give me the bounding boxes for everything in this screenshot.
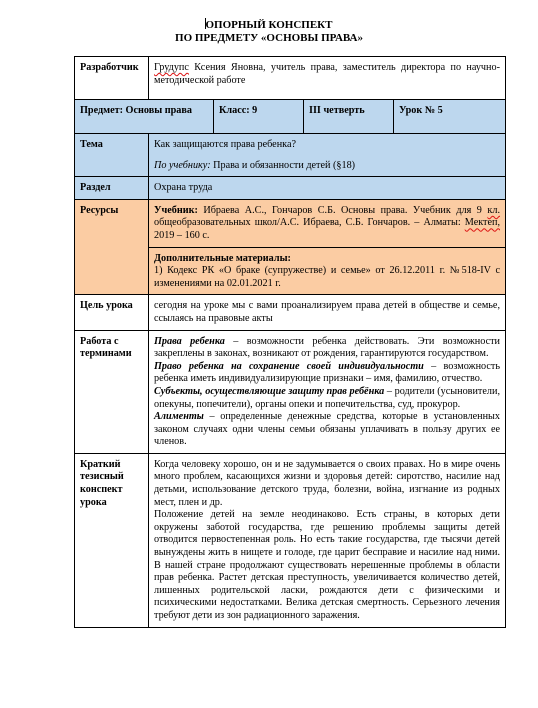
terms-value: Права ребенка – возможности ребенка дейс… <box>149 330 506 453</box>
resources-value: Учебник: Ибраева А.С., Гончаров С.Б. Осн… <box>149 199 506 295</box>
term-item: Алименты – определенные денежные средств… <box>154 411 500 449</box>
developer-surname[interactable]: Грудупс <box>154 62 189 73</box>
developer-label: Разработчик <box>75 57 149 100</box>
developer-value: Грудупс Ксения Яновна, учитель права, за… <box>149 57 506 100</box>
topic-label: Тема <box>75 134 149 177</box>
quarter-cell: III четверть <box>304 100 394 134</box>
subject-row: Предмет: Основы права Класс: 9 III четве… <box>75 100 506 134</box>
term-item: Право ребенка на сохранение своей индиви… <box>154 361 500 386</box>
section-row: Раздел Охрана труда <box>75 177 506 200</box>
summary-paragraph: Когда человеку хорошо, он и не задумывае… <box>154 459 500 509</box>
resources-extra-text: 1) Кодекс РК «О браке (супружестве) и се… <box>154 265 500 290</box>
section-label: Раздел <box>75 177 149 200</box>
topic-title: Как защищаются права ребенка? <box>154 139 500 152</box>
resources-extra-label: Дополнительные материалы: <box>154 253 500 266</box>
topic-value: Как защищаются права ребенка? По учебник… <box>149 134 506 177</box>
summary-row: Краткий тезисный конспект урока Когда че… <box>75 453 506 627</box>
term-item: Права ребенка – возможности ребенка дейс… <box>154 336 500 361</box>
resources-label: Ресурсы <box>75 199 149 295</box>
section-value: Охрана труда <box>149 177 506 200</box>
title-line-2: ПО ПРЕДМЕТУ «ОСНОВЫ ПРАВА» <box>0 32 538 45</box>
summary-paragraph: Положение детей на земле неодинаково. Ес… <box>154 509 500 622</box>
topic-textbook: По учебнику: Права и обязанности детей (… <box>154 160 500 173</box>
summary-value: Когда человеку хорошо, он и не задумывае… <box>149 453 506 627</box>
resources-row: Ресурсы Учебник: Ибраева А.С., Гончаров … <box>75 199 506 295</box>
grade-cell: Класс: 9 <box>214 100 304 134</box>
resources-extra: Дополнительные материалы: 1) Кодекс РК «… <box>149 247 505 291</box>
topic-row: Тема Как защищаются права ребенка? По уч… <box>75 134 506 177</box>
goal-label: Цель урока <box>75 295 149 330</box>
terms-label: Работа с терминами <box>75 330 149 453</box>
resources-textbook: Учебник: Ибраева А.С., Гончаров С.Б. Осн… <box>154 205 500 243</box>
summary-label: Краткий тезисный конспект урока <box>75 453 149 627</box>
lesson-number-cell: Урок № 5 <box>394 100 506 134</box>
term-item: Субъекты, осуществляющие защиту прав реб… <box>154 386 500 411</box>
subject-cell: Предмет: Основы права <box>75 100 214 134</box>
document-title: ОПОРНЫЙ КОНСПЕКТ ПО ПРЕДМЕТУ «ОСНОВЫ ПРА… <box>0 18 538 45</box>
lesson-table: Разработчик Грудупс Ксения Яновна, учите… <box>74 56 506 628</box>
goal-row: Цель урока сегодня на уроке мы с вами пр… <box>75 295 506 330</box>
developer-row: Разработчик Грудупс Ксения Яновна, учите… <box>75 57 506 100</box>
title-line-1: ОПОРНЫЙ КОНСПЕКТ <box>0 18 538 32</box>
terms-row: Работа с терминами Права ребенка – возмо… <box>75 330 506 453</box>
goal-value: сегодня на уроке мы с вами проанализируе… <box>149 295 506 330</box>
